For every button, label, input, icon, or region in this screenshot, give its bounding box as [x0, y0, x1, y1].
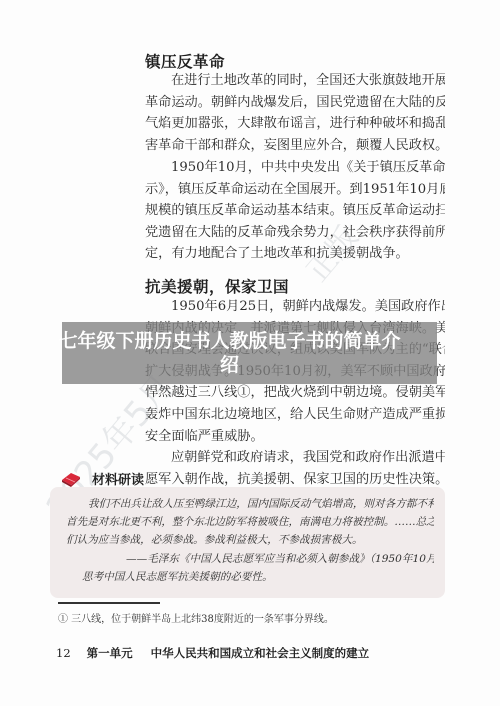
text-line: 示》，镇压反革命运动在全国展开。到1951年10月底，全国	[145, 179, 445, 201]
text-line: 1950年10月，中共中央发出《关于镇压反革命活动的指	[145, 157, 445, 179]
text-line: 1950年6月25日，朝鲜内战爆发。美国政府作出武装干涉	[145, 296, 445, 318]
unit-label: 第一单元	[87, 646, 133, 660]
quote-line: 们认为应当参战，必须参战。参战利益极大，不参战损害极大。	[66, 531, 434, 549]
book-icon	[60, 471, 82, 487]
footnote-divider	[58, 602, 160, 604]
text-line: 轰炸中国东北边境地区，给人民生命财产造成严重损失，我国	[145, 404, 445, 426]
discussion-question: 思考中国人民志愿军抗美援朝的必要性。	[66, 568, 434, 586]
paragraph: 应朝鲜党和政府请求，我国党和政府作出派遣中国人民志 愿军入朝作战，抗美援朝、保家…	[145, 447, 445, 490]
paragraph: 1950年10月，中共中央发出《关于镇压反革命活动的指 示》，镇压反革命运动在全…	[145, 157, 445, 265]
page-number: 12	[56, 646, 71, 660]
text-line: 革命运动。朝鲜内战爆发后，国民党遗留在大陆的反革命分子	[145, 92, 445, 114]
text-line: 害革命干部和群众，妄图里应外合，颠覆人民政权。	[145, 135, 445, 157]
text-line: 气焰更加嚣张，大肆散布谣言，进行种种破坏和捣乱活动，残	[145, 113, 445, 135]
material-reading-title: 材料研读	[92, 469, 144, 488]
paragraph: 在进行土地改革的同时，全国还大张旗鼓地开展了镇压反 革命运动。朝鲜内战爆发后，国…	[145, 70, 445, 156]
text-line: 定，有力地配合了土地改革和抗美援朝战争。	[145, 243, 445, 265]
footnote: ① 三八线，位于朝鲜半岛上北纬38度附近的一条军事分界线。	[58, 610, 334, 625]
unit-title: 中华人民共和国成立和社会主义制度的建立	[151, 646, 370, 660]
quote-line: 首先是对东北更不利，整个东北边防军将被吸住，南满电力将被控制。……总之，我	[66, 513, 434, 531]
text-line: 在进行土地改革的同时，全国还大张旗鼓地开展了镇压反	[145, 70, 445, 92]
quote-citation: ——毛泽东《中国人民志愿军应当和必须入朝参战》（1950年10月13日）	[66, 550, 434, 568]
material-reading-header: 材料研读	[60, 469, 144, 488]
section-heading-suppress-counterrevolution: 镇压反革命	[145, 50, 225, 72]
page-footer: 12 第一单元 中华人民共和国成立和社会主义制度的建立	[56, 645, 369, 661]
text-line: 党遗留在大陆的反革命残余势力，社会秩序获得前所未有的安	[145, 222, 445, 244]
section-heading-resist-us-aid-korea: 抗美援朝，保家卫国	[145, 275, 289, 297]
text-line: 安全面临严重威胁。	[145, 426, 445, 448]
textbook-page: 2025年5月 正版 镇压反革命 在进行土地改革的同时，全国还大张旗鼓地开展了镇…	[0, 0, 500, 706]
quote-line: 我们不出兵让敌人压至鸭绿江边，国内国际反动气焰增高，则对各方都不利，	[66, 495, 434, 513]
text-line: 规模的镇压反革命运动基本结束。镇压反革命运动扫除了国民	[145, 200, 445, 222]
text-line: 应朝鲜党和政府请求，我国党和政府作出派遣中国人民志	[145, 447, 445, 469]
overlay-title[interactable]: 七年级下册历史书人教版电子书的简单介绍	[50, 329, 410, 377]
title-overlay-banner: 七年级下册历史书人教版电子书的简单介绍	[62, 322, 437, 384]
text-line: 悍然越过三八线①，把战火烧到中朝边境。侵朝美军飞机多次	[145, 382, 445, 404]
quote-callout-box: 我们不出兵让敌人压至鸭绿江边，国内国际反动气焰增高，则对各方都不利， 首先是对东…	[50, 487, 445, 598]
